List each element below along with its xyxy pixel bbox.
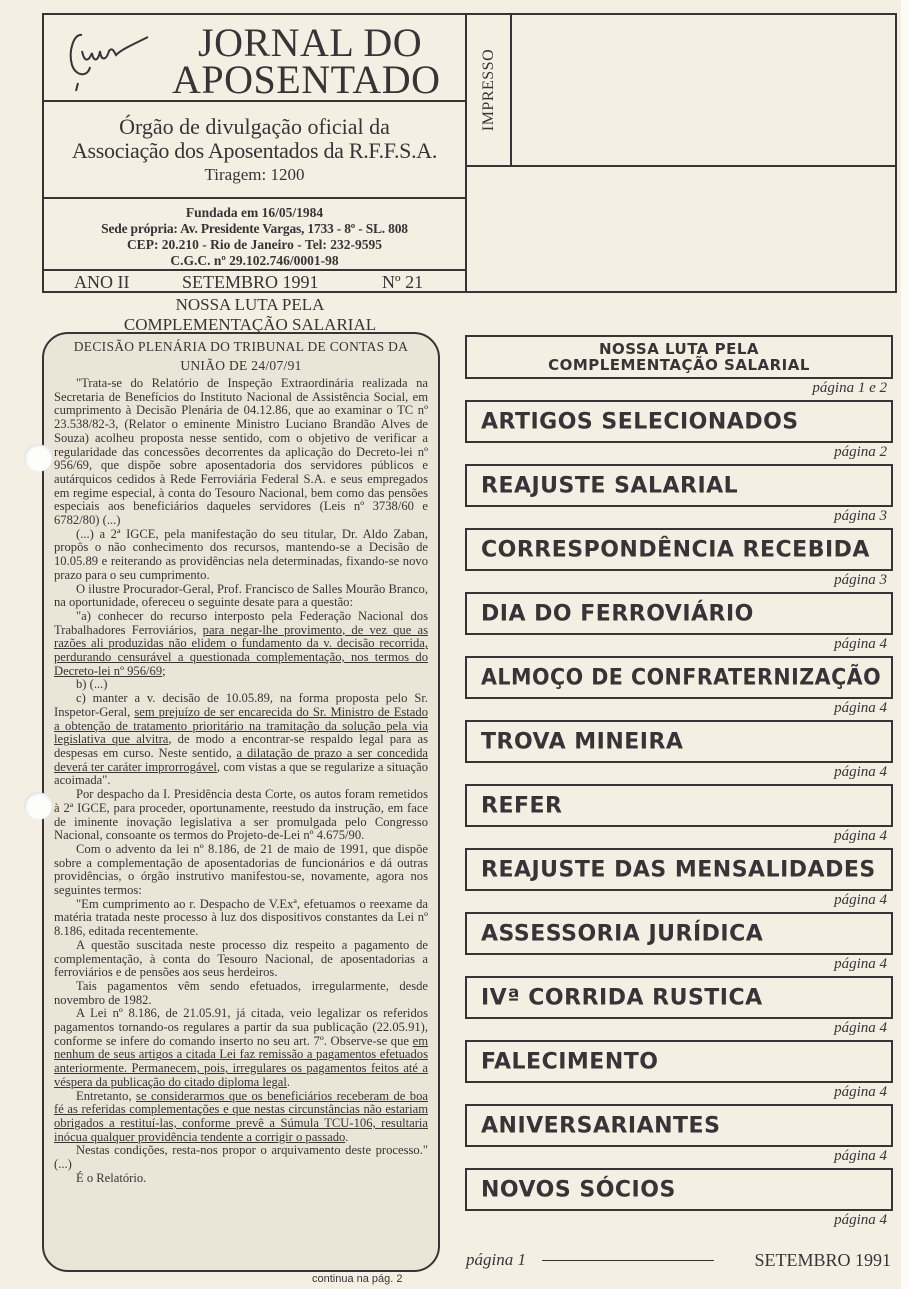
- paragraph: Com o advento da lei nº 8.186, de 21 de …: [54, 843, 428, 898]
- toc-item-title: ALMOÇO DE CONFRATERNIZAÇÃO: [481, 665, 881, 690]
- toc-item-page: página 4: [465, 1019, 895, 1040]
- paragraph: Nestas condições, resta-nos propor o arq…: [54, 1144, 428, 1171]
- masthead-title-block: JORNAL DO APOSENTADO: [44, 15, 465, 102]
- toc-item-page: página 4: [465, 763, 895, 784]
- toc-item-title: DIA DO FERROVIÁRIO: [481, 601, 754, 626]
- main-headline: NOSSA LUTA PELA COMPLEMENTAÇÃO SALARIAL: [40, 295, 460, 335]
- toc-item-page: página 2: [465, 443, 895, 464]
- footer-rule: [542, 1260, 714, 1261]
- impresso-label: IMPRESSO: [480, 49, 498, 131]
- toc-item-page: página 3: [465, 571, 895, 592]
- toc-item-title: REAJUSTE DAS MENSALIDADES: [481, 857, 876, 882]
- toc-item-page: página 4: [465, 1211, 895, 1232]
- issue-line: ANO II SETEMBRO 1991 Nº 21: [44, 271, 465, 293]
- handwritten-signature-icon: [64, 21, 154, 91]
- mailing-box-divider: [467, 165, 895, 167]
- paragraph: A questão suscitada neste processo diz r…: [54, 939, 428, 980]
- paragraph-lei: A Lei nº 8.186, de 21.05.91, já citada, …: [54, 1007, 428, 1089]
- toc-item[interactable]: ASSESSORIA JURÍDICApágina 4: [465, 912, 895, 976]
- postal-phone: CEP: 20.210 - Rio de Janeiro - Tel: 232-…: [44, 237, 465, 253]
- toc-item[interactable]: TROVA MINEIRApágina 4: [465, 720, 895, 784]
- toc-item[interactable]: REFERpágina 4: [465, 784, 895, 848]
- paragraph-item-a: "a) conhecer do recurso interposto pela …: [54, 610, 428, 679]
- toc-item-title: REFER: [481, 793, 562, 818]
- toc-item-page: página 4: [465, 635, 895, 656]
- toc-item-page: página 4: [465, 699, 895, 720]
- toc-item-page: página 4: [465, 1083, 895, 1104]
- issue-number: Nº 21: [382, 271, 423, 293]
- toc-item[interactable]: ANIVERSARIANTESpágina 4: [465, 1104, 895, 1168]
- toc-item-title: CORRESPONDÊNCIA RECEBIDA: [481, 537, 870, 562]
- continued-on-page-link[interactable]: continua na pág. 2: [312, 1273, 403, 1285]
- issue-year: ANO II: [74, 271, 130, 293]
- tax-id: C.G.C. nº 29.102.746/0001-98: [44, 253, 465, 269]
- article-subheading: DECISÃO PLENÁRIA DO TRIBUNAL DE CONTAS D…: [54, 337, 428, 375]
- paragraph-item-c: c) manter a v. decisão de 10.05.89, na f…: [54, 692, 428, 788]
- toc-item-title: IVª CORRIDA RUSTICA: [481, 985, 763, 1010]
- toc-item-title: ARTIGOS SELECIONADOS: [481, 409, 799, 434]
- founded-date: Fundada em 16/05/1984: [44, 205, 465, 221]
- circulation: Tiragem: 1200: [44, 163, 465, 187]
- issue-month: SETEMBRO 1991: [182, 271, 319, 293]
- paragraph-entretanto: Entretanto, se considerarmos que os bene…: [54, 1090, 428, 1145]
- org-line2: Associação dos Aposentados da R.F.F.S.A.: [44, 139, 465, 163]
- toc-item[interactable]: NOVOS SÓCIOSpágina 4: [465, 1168, 895, 1232]
- page-edge: [901, 0, 909, 1289]
- toc-item-title: FALECIMENTO: [481, 1049, 658, 1074]
- headquarters-address: Sede própria: Av. Presidente Vargas, 173…: [44, 221, 465, 237]
- toc-item-page: página 4: [465, 827, 895, 848]
- address-block: Fundada em 16/05/1984 Sede própria: Av. …: [44, 199, 465, 271]
- masthead: JORNAL DO APOSENTADO Órgão de divulgação…: [42, 13, 467, 293]
- toc-item[interactable]: FALECIMENTOpágina 4: [465, 1040, 895, 1104]
- toc-item-title: TROVA MINEIRA: [481, 729, 683, 754]
- toc-item-title: NOVOS SÓCIOS: [481, 1177, 676, 1202]
- paragraph: Por despacho da I. Presidência desta Cor…: [54, 788, 428, 843]
- paragraph: Tais pagamentos vêm sendo efetuados, irr…: [54, 980, 428, 1007]
- toc-item-page: página 4: [465, 1147, 895, 1168]
- paragraph-item-b: b) (...): [54, 678, 428, 692]
- headline-line1: NOSSA LUTA PELA: [40, 295, 460, 315]
- toc-item[interactable]: IVª CORRIDA RUSTICApágina 4: [465, 976, 895, 1040]
- toc-item-title: ANIVERSARIANTES: [481, 1113, 720, 1138]
- toc-item[interactable]: CORRESPONDÊNCIA RECEBIDApágina 3: [465, 528, 895, 592]
- toc-item-page: página 3: [465, 507, 895, 528]
- toc-item-title: REAJUSTE SALARIAL: [481, 473, 738, 498]
- toc-item-title: NOSSA LUTA PELA COMPLEMENTAÇÃO SALARIAL: [467, 341, 891, 373]
- table-of-contents: NOSSA LUTA PELA COMPLEMENTAÇÃO SALARIAL …: [465, 335, 895, 1232]
- newspaper-title-line2: APOSENTADO: [172, 60, 440, 100]
- toc-item-page: página 4: [465, 891, 895, 912]
- toc-item[interactable]: ALMOÇO DE CONFRATERNIZAÇÃOpágina 4: [465, 656, 895, 720]
- article-body: "Trata-se do Relatório de Inspeção Extra…: [54, 377, 428, 1185]
- toc-item[interactable]: NOSSA LUTA PELA COMPLEMENTAÇÃO SALARIAL …: [465, 335, 895, 400]
- subheading-line1: DECISÃO PLENÁRIA DO TRIBUNAL DE CONTAS D…: [54, 337, 428, 356]
- mailing-box: IMPRESSO: [467, 13, 897, 293]
- toc-item-title: ASSESSORIA JURÍDICA: [481, 921, 763, 946]
- toc-item-page: página 1 e 2: [465, 379, 895, 400]
- paragraph: "Em cumprimento ao r. Despacho de V.Exª,…: [54, 898, 428, 939]
- paragraph: (...) a 2ª IGCE, pela manifestação do se…: [54, 528, 428, 583]
- paragraph: "Trata-se do Relatório de Inspeção Extra…: [54, 377, 428, 528]
- subheading-line2: UNIÃO DE 24/07/91: [54, 356, 428, 375]
- article-box: DECISÃO PLENÁRIA DO TRIBUNAL DE CONTAS D…: [42, 332, 440, 1272]
- org-line1: Órgão de divulgação oficial da: [44, 115, 465, 139]
- binder-hole: [24, 792, 52, 820]
- page-number: página 1: [466, 1248, 526, 1272]
- footer-date: SETEMBRO 1991: [754, 1248, 891, 1272]
- paragraph-closing: É o Relatório.: [54, 1172, 428, 1186]
- toc-item[interactable]: REAJUSTE DAS MENSALIDADESpágina 4: [465, 848, 895, 912]
- page-footer: página 1 SETEMBRO 1991: [466, 1248, 891, 1272]
- toc-item[interactable]: ARTIGOS SELECIONADOSpágina 2: [465, 400, 895, 464]
- impresso-column: IMPRESSO: [467, 15, 512, 165]
- toc-item-page: página 4: [465, 955, 895, 976]
- binder-hole: [24, 444, 52, 472]
- paragraph: O ilustre Procurador-Geral, Prof. Franci…: [54, 583, 428, 610]
- organization-block: Órgão de divulgação oficial da Associaçã…: [44, 102, 465, 199]
- toc-item[interactable]: DIA DO FERROVIÁRIOpágina 4: [465, 592, 895, 656]
- toc-item[interactable]: REAJUSTE SALARIALpágina 3: [465, 464, 895, 528]
